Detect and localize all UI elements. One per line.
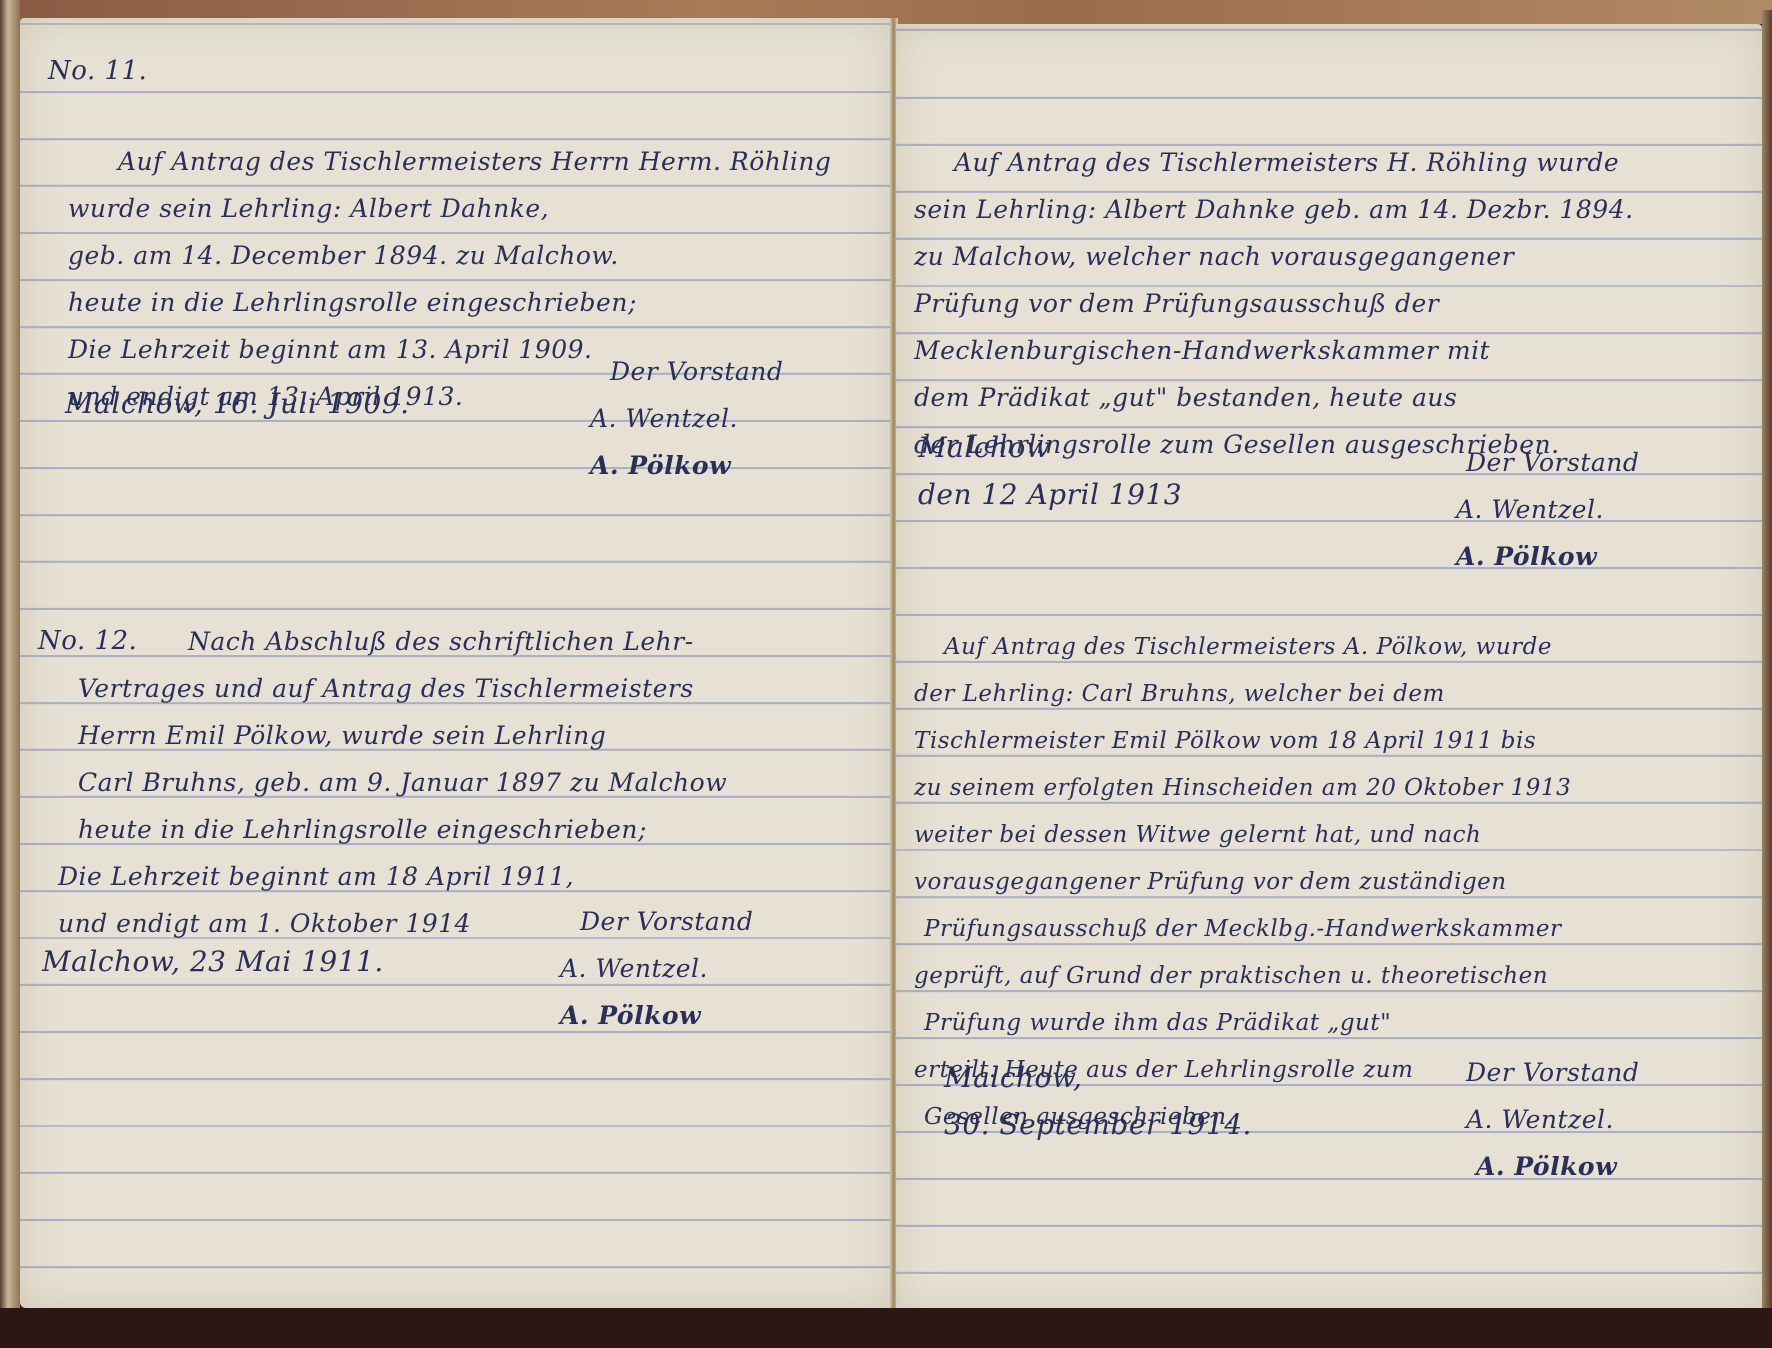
signature-name: A. Wentzel. [1456, 486, 1639, 533]
entry-number-11: No. 11. [48, 48, 147, 95]
place: Malchow, [944, 1054, 1252, 1101]
entry-11-release-text: Auf Antrag des Tischlermeisters H. Röhli… [914, 139, 1634, 468]
right-page: Auf Antrag des Tischlermeisters H. Röhli… [896, 24, 1762, 1314]
text-line: Die Lehrzeit beginnt am 18 April 1911, [48, 853, 727, 900]
text-line: heute in die Lehrlingsrolle eingeschrieb… [68, 279, 831, 326]
text-line: zu seinem erfolgten Hinscheiden am 20 Ok… [914, 765, 1571, 812]
left-cover-edge [0, 0, 20, 1310]
text-line: Carl Bruhns, geb. am 9. Januar 1897 zu M… [48, 759, 727, 806]
text-line: Prüfung wurde ihm das Prädikat „gut" [914, 1000, 1571, 1047]
text-line: geb. am 14. December 1894. zu Malchow. [68, 232, 831, 279]
date: den 12 April 1913 [918, 471, 1182, 518]
left-page: No. 11. Auf Antrag des Tischlermeisters … [20, 18, 892, 1308]
signature-name: A. Wentzel. [1456, 1096, 1639, 1143]
right-cover-edge [1762, 10, 1772, 1310]
signature-name: A. Pölkow [1456, 533, 1639, 580]
book-bottom-edge [0, 1308, 1772, 1348]
signature-title: Der Vorstand [1456, 439, 1639, 486]
signature-name: A. Wentzel. [590, 395, 783, 442]
text-line: weiter bei dessen Witwe gelernt hat, und… [914, 812, 1571, 859]
entry-11-signature-block: Der Vorstand A. Wentzel. A. Pölkow [590, 348, 783, 489]
place: Malchow [918, 424, 1182, 471]
signature-title: Der Vorstand [590, 348, 783, 395]
text-line: Herrn Emil Pölkow, wurde sein Lehrling [48, 712, 727, 759]
text-line: Tischlermeister Emil Pölkow vom 18 April… [914, 718, 1571, 765]
signature-name: A. Pölkow [590, 442, 783, 489]
entry-12-signature-block: Der Vorstand A. Wentzel. A. Pölkow [560, 898, 753, 1039]
text-line: Auf Antrag des Tischlermeisters Herrn He… [68, 138, 831, 185]
date: 30. September 1914. [944, 1101, 1252, 1148]
text-line: zu Malchow, welcher nach vorausgegangene… [914, 233, 1634, 280]
entry-12-place-date: Malchow, 23 Mai 1911. [42, 938, 384, 985]
text-line: Prüfungsausschuß der Mecklbg.-Handwerksk… [914, 906, 1571, 953]
text-line: vorausgegangener Prüfung vor dem zuständ… [914, 859, 1571, 906]
entry-12-release-signature-block: Der Vorstand A. Wentzel. A. Pölkow [1456, 1049, 1639, 1190]
text-line: sein Lehrling: Albert Dahnke geb. am 14.… [914, 186, 1634, 233]
entry-12-release-place-date: Malchow, 30. September 1914. [944, 1054, 1252, 1148]
text-line: wurde sein Lehrling: Albert Dahnke, [68, 185, 831, 232]
text-line: der Lehrling: Carl Bruhns, welcher bei d… [914, 671, 1571, 718]
entry-11-release-place-date: Malchow den 12 April 1913 [918, 424, 1182, 518]
text-line: Mecklenburgischen-Handwerkskammer mit [914, 327, 1634, 374]
signature-name: A. Pölkow [1456, 1143, 1639, 1190]
entry-11-release-signature-block: Der Vorstand A. Wentzel. A. Pölkow [1456, 439, 1639, 580]
text-line: geprüft, auf Grund der praktischen u. th… [914, 953, 1571, 1000]
signature-name: A. Pölkow [560, 992, 753, 1039]
text-line: heute in die Lehrlingsrolle eingeschrieb… [48, 806, 727, 853]
signature-title: Der Vorstand [560, 898, 753, 945]
signature-title: Der Vorstand [1456, 1049, 1639, 1096]
text-line: Vertrages und auf Antrag des Tischlermei… [48, 665, 727, 712]
text-line: Auf Antrag des Tischlermeisters H. Röhli… [914, 139, 1634, 186]
text-line: Nach Abschluß des schriftlichen Lehr- [48, 618, 727, 665]
text-line: Auf Antrag des Tischlermeisters A. Pölko… [914, 624, 1571, 671]
text-line: Prüfung vor dem Prüfungsausschuß der [914, 280, 1634, 327]
entry-11-place-date: Malchow, 16. Juli 1909. [65, 380, 410, 427]
text-line: dem Prädikat „gut" bestanden, heute aus [914, 374, 1634, 421]
signature-name: A. Wentzel. [560, 945, 753, 992]
